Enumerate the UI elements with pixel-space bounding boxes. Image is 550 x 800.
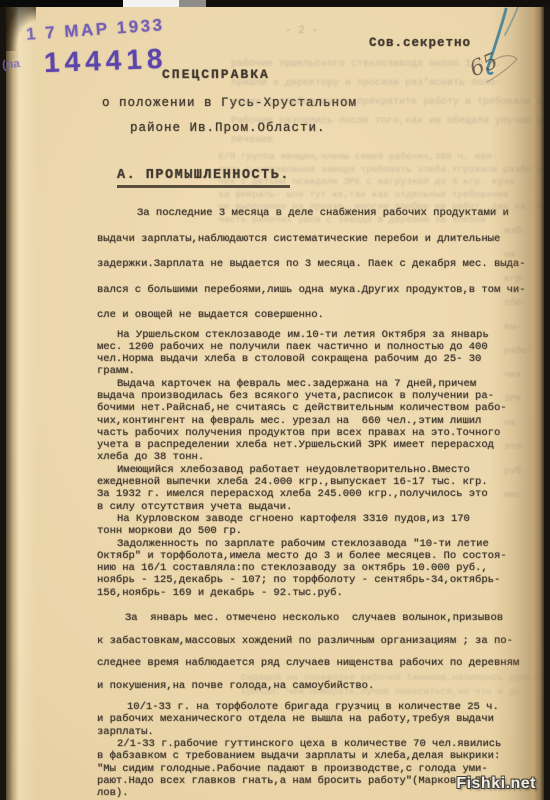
text-line: к забастовкам,массовых хождений по разли… xyxy=(97,630,539,653)
text-line: На Уршельском стеклозаводе им.10-ти лети… xyxy=(97,329,539,341)
text-line: За январь мес. отмечено несколько случае… xyxy=(97,607,539,630)
text-line: За 1932 г. имелся перерасход хлеба 245.0… xyxy=(97,488,539,500)
paragraph: 10/1-33 г. на торфболоте бригада грузчиц… xyxy=(97,701,539,738)
text-line: грамм. xyxy=(97,365,539,377)
text-line: Задолженность по зарплате рабочим стекло… xyxy=(97,538,539,550)
text-line: выдача производилась без всякого учета,р… xyxy=(97,390,539,402)
text-line: 156,ноябрь- 169 и декабрь - 92.тыс.руб. xyxy=(97,587,539,599)
text-line: бочими нет.Райснаб,не считаясь с действи… xyxy=(97,402,539,414)
bleedthrough-line: 6/П группа женщин,члены семей рабочих,30… xyxy=(218,151,542,164)
registration-number-stamp: 144418 xyxy=(43,43,167,79)
partial-stamp: (па xyxy=(1,56,20,72)
text-line: и покушения,на почве голода,на самоубийс… xyxy=(97,675,539,698)
paragraph: На Уршельском стеклозаводе им.10-ти лети… xyxy=(97,329,539,378)
section-heading: А. ПРОМЫШЛЕННОСТЬ. xyxy=(117,168,290,188)
text-line: вался с большими перебоями,лишь одна мук… xyxy=(97,278,539,304)
document-page: рабочие Уршельского стеклозавода около 1… xyxy=(6,5,544,800)
text-line: сле и овощей не выдается совершенно. xyxy=(97,303,539,329)
text-line: Октябр" и торфболота,имела место до 3 и … xyxy=(97,550,539,562)
text-line: 10/1-33 г. на торфболоте бригада грузчиц… xyxy=(97,701,539,713)
handwritten-checkmark-icon xyxy=(458,5,532,100)
text-line: чел.Норма выдачи хлеба в столовой сокращ… xyxy=(97,353,539,365)
paragraph: Имеющийся хлебозавод работает неудовлетв… xyxy=(97,464,539,513)
paragraph: На Курловском заводе сгноено картофеля 3… xyxy=(97,513,539,538)
text-line: Выдача карточек на февраль мес.задержана… xyxy=(97,378,539,390)
bleedthrough-line: за февраль- шли тут же,так как отдельные… xyxy=(218,189,542,202)
text-line: учета в распределении хлеба нет.Уршельск… xyxy=(97,439,539,451)
watermark: Fishki.net xyxy=(456,775,536,793)
text-line: Имеющийся хлебозавод работает неудовлетв… xyxy=(97,464,539,476)
date-stamp: 1 7 МАР 1933 xyxy=(25,15,165,45)
text-line: зарплаты. xyxy=(97,726,539,738)
text-line: хлеба до 38 тонн. xyxy=(97,451,539,463)
text-line: ноябрь - 125,декабрь - 107; по торфболот… xyxy=(97,574,539,586)
text-line: нию на 16/1 составляла:по стеклозаводу з… xyxy=(97,562,539,574)
text-line: и рабочих механического отдела не вышла … xyxy=(97,713,539,725)
text-line: часть рабочих получения продуктов при вс… xyxy=(97,427,539,439)
text-line: в фабзавком с требованием выдачи зарплат… xyxy=(97,750,539,762)
paragraph: За январь мес. отмечено несколько случае… xyxy=(97,607,539,697)
text-line: чих,контингент на февраль мес. урезал на… xyxy=(97,415,539,427)
text-line: ежедневной выпечки хлеба 24.000 кгр.,вып… xyxy=(97,476,539,488)
text-line: следнее время наблюдается ряд случаев ни… xyxy=(97,652,539,675)
text-line: в силу отсутствия учета выдачи. xyxy=(97,501,539,513)
paragraph: Задолженность по зарплате рабочим стекло… xyxy=(97,538,539,599)
bleedthrough-line: Рабочие разошлись после того,как им обещ… xyxy=(231,112,543,131)
text-line: 2/1-33 г.рабочие гуттинского цеха в коли… xyxy=(97,738,539,750)
text-line: За последние 3 месяца в деле снабжения р… xyxy=(97,201,539,227)
classification-label: Сов.секретно xyxy=(369,36,471,50)
page-corner-shadow xyxy=(6,5,36,51)
text-line: выдачи зарплаты,наблюдаются систематичес… xyxy=(97,227,539,253)
text-line: тонн моркови до 500 гр. xyxy=(97,525,539,537)
bleedthrough-page-number: - 2 - xyxy=(285,25,318,37)
text-line: "Мы сидим голодные.Рабочие падают в прои… xyxy=(97,763,539,775)
bleedthrough-line: печение xyxy=(231,131,543,150)
table-edge-strip xyxy=(0,0,550,7)
photo-background: рабочие Уршельского стеклозавода около 1… xyxy=(0,0,550,800)
paragraph: За последние 3 месяца в деле снабжения р… xyxy=(97,201,539,329)
text-line: задержки.Зарплата не выдается по 3 месяц… xyxy=(97,252,539,278)
text-line: мес. 1200 рабочих не получили паек части… xyxy=(97,341,539,353)
document-body: За последние 3 месяца в деле снабжения р… xyxy=(97,201,539,799)
paragraph: Выдача карточек на февраль мес.задержана… xyxy=(97,378,539,464)
text-line: На Курловском заводе сгноено картофеля 3… xyxy=(97,513,539,525)
